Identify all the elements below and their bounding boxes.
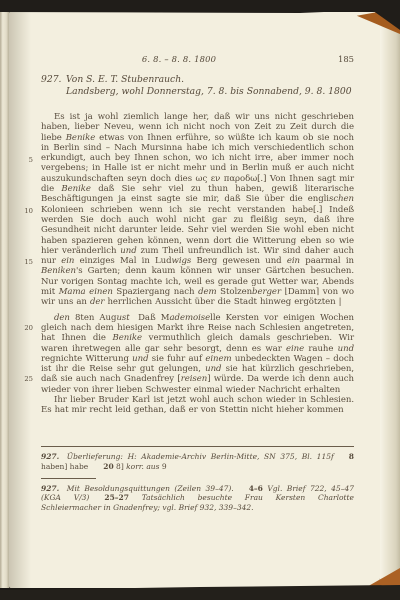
line-number: 15 [17, 258, 33, 266]
letter-number: 927. [41, 74, 66, 97]
apparatus-variants: 927. Überlieferung: H: Akademie-Archiv B… [41, 452, 354, 472]
letter-heading-lines: Von S. E. T. Stubenrauch. Landsberg, woh… [66, 74, 352, 97]
letter-heading: 927. Von S. E. T. Stubenrauch. Landsberg… [41, 74, 371, 97]
running-header: 6. 8. – 8. 8. 1800 [41, 54, 317, 64]
letter-paragraph: Ihr lieber Bruder Karl ist jetzt wohl au… [41, 395, 354, 416]
apparatus-divider-rule [41, 478, 96, 479]
page-number: 185 [338, 54, 354, 64]
apparatus-commentary: 927. Mit Besoldungsquittungen (Zeilen 39… [41, 484, 354, 513]
book-page: 6. 8. – 8. 8. 1800 185 927. Von S. E. T.… [9, 12, 380, 588]
scan-area: 6. 8. – 8. 8. 1800 185 927. Von S. E. T.… [0, 0, 400, 600]
line-number: 25 [17, 375, 33, 383]
letter-body: Es ist ja wohl ziemlich lange her, daß w… [41, 112, 354, 416]
running-header-row: 6. 8. – 8. 8. 1800 185 [41, 54, 354, 66]
book-scan-screenshot: { "colors": { "page_background": "#f3efd… [0, 0, 400, 600]
line-number: 10 [17, 207, 33, 215]
apparatus-rule [41, 446, 354, 447]
facing-page-sliver [0, 10, 9, 588]
line-number: 20 [17, 324, 33, 332]
letter-paragraph: Es ist ja wohl ziemlich lange her, daß w… [41, 112, 354, 308]
letter-paragraph: den 8ten August Daß Mademoiselle Kersten… [41, 313, 354, 395]
line-number: 5 [17, 156, 33, 164]
heading-line-2: Landsberg, wohl Donnerstag, 7. 8. bis So… [66, 86, 352, 97]
book-fore-edge [380, 12, 400, 588]
critical-apparatus: 927. Überlieferung: H: Akademie-Archiv B… [41, 446, 354, 513]
heading-line-1: Von S. E. T. Stubenrauch. [66, 74, 184, 85]
